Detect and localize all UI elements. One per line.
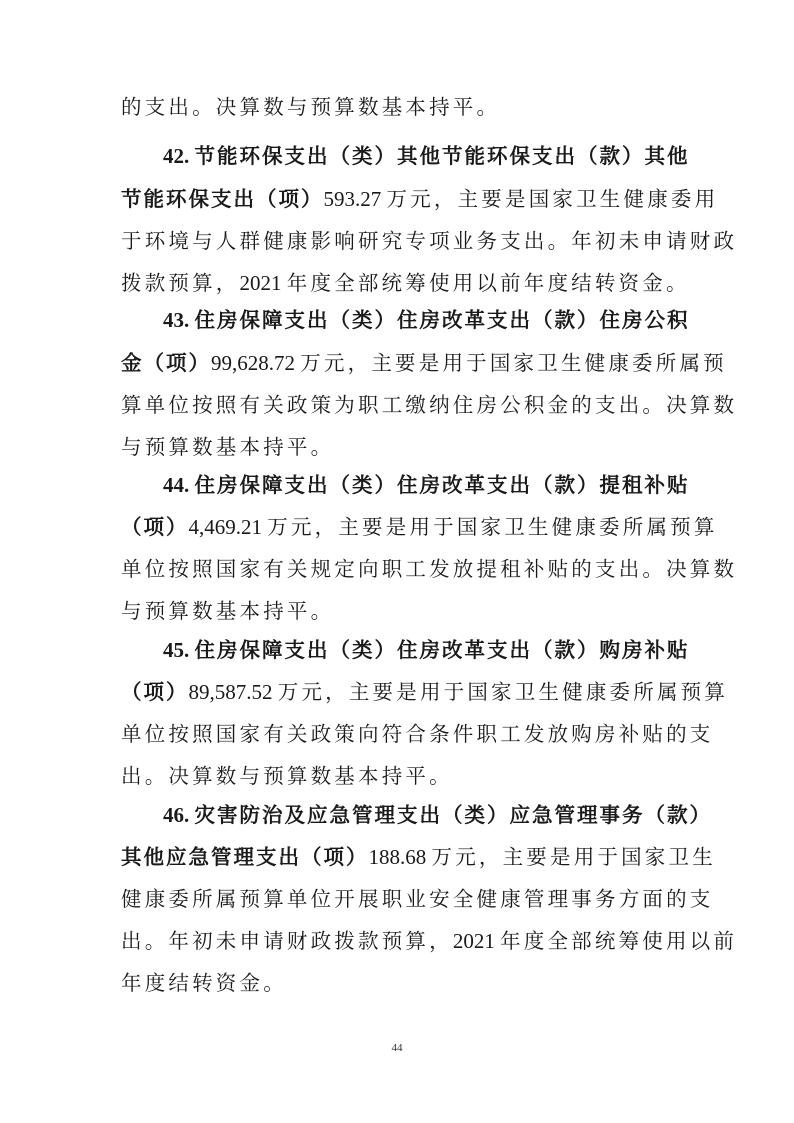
text-line: （项）4,469.21 万元，主要是用于国家卫生健康委所属预算 [121,512,673,542]
body-text-span: 出。决算数与预算数基本持平。 [121,764,453,788]
body-text-span: 单位按照国家有关政策向符合条件职工发放购房补贴的支 [121,722,714,746]
numeric-value: 99,628.72 [211,351,300,375]
item-number: 44. [163,473,195,497]
document-page: 的支出。决算数与预算数基本持平。42. 节能环保支出（类）其他节能环保支出（款）… [0,0,794,1123]
numeric-value: 593.27 [324,187,387,211]
text-line: 的支出。决算数与预算数基本持平。 [121,92,673,122]
text-line: 年度结转资金。 [121,968,673,998]
body-text-span: 与预算数基本持平。 [121,435,334,459]
body-text-span: 万元，主要是用于国家卫生健康委所属预算 [267,515,717,539]
text-line: 算单位按照有关政策为职工缴纳住房公积金的支出。决算数 [121,390,673,420]
body-text-span: 万元，主要是国家卫生健康委用 [387,187,719,211]
text-line: 出。年初未申请财政拨款预算，2021 年度全部统筹使用以前 [121,926,673,956]
text-line: 节能环保支出（项）593.27 万元，主要是国家卫生健康委用 [121,184,673,214]
text-line: 健康委所属预算单位开展职业安全健康管理事务方面的支 [121,884,673,914]
body-text-span: 年度结转资金。 [121,971,287,995]
numeric-value: 89,587.52 [189,680,278,704]
item-number: 46. [163,803,195,827]
text-line: （项）89,587.52 万元，主要是用于国家卫生健康委所属预算 [121,677,673,707]
body-text-span: 与预算数基本持平。 [121,599,334,623]
item-heading-line: 43. 住房保障支出（类）住房改革支出（款）住房公积 [163,305,673,335]
item-number: 43. [163,308,195,332]
text-line: 单位按照国家有关规定向职工发放提租补贴的支出。决算数 [121,554,673,584]
text-line: 出。决算数与预算数基本持平。 [121,761,673,791]
item-title-text: （项） [121,680,189,704]
item-heading-line: 45. 住房保障支出（类）住房改革支出（款）购房补贴 [163,635,673,665]
body-text-span: 的支出。决算数与预算数基本持平。 [121,95,500,119]
item-title-text: 节能环保支出（项） [121,187,324,211]
item-title-text: 节能环保支出（类）其他节能环保支出（款）其他 [195,144,690,168]
text-line: 于环境与人群健康影响研究专项业务支出。年初未申请财政 [121,226,673,256]
item-heading-line: 42. 节能环保支出（类）其他节能环保支出（款）其他 [163,141,673,171]
body-text-span: 万元，主要是用于国家卫生 [432,845,716,869]
body-text-span: 万元，主要是用于国家卫生健康委所属预算 [278,680,728,704]
text-line: 与预算数基本持平。 [121,596,673,626]
body-text-span: 健康委所属预算单位开展职业安全健康管理事务方面的支 [121,887,714,911]
body-text-span: 年度全部统筹使用以前 [500,929,737,953]
body-text-span: 年度全部统筹使用以前年度结转资金。 [287,271,690,295]
item-title-text: （项） [121,515,189,539]
item-title-text: 住房保障支出（类）住房改革支出（款）购房补贴 [195,638,690,662]
item-title-text: 住房保障支出（类）住房改革支出（款）住房公积 [195,308,690,332]
text-line: 与预算数基本持平。 [121,432,673,462]
item-heading-line: 46. 灾害防治及应急管理支出（类）应急管理事务（款） [163,800,673,830]
body-text-span: 拨款预算， [121,271,240,295]
text-line: 金（项）99,628.72 万元，主要是用于国家卫生健康委所属预 [121,348,673,378]
item-title-text: 金（项） [121,351,211,375]
numeric-value: 2021 [453,929,500,953]
body-text-span: 单位按照国家有关规定向职工发放提租补贴的支出。决算数 [121,557,737,581]
item-number: 45. [163,638,195,662]
body-text-span: 算单位按照有关政策为职工缴纳住房公积金的支出。决算数 [121,393,737,417]
body-text-span: 于环境与人群健康影响研究专项业务支出。年初未申请财政 [121,229,737,253]
body-text-span: 万元，主要是用于国家卫生健康委所属预 [300,351,727,375]
item-title-text: 住房保障支出（类）住房改革支出（款）提租补贴 [195,473,690,497]
numeric-value: 188.68 [369,845,432,869]
numeric-value: 2021 [240,271,287,295]
body-text-span: 出。年初未申请财政拨款预算， [121,929,453,953]
text-line: 单位按照国家有关政策向符合条件职工发放购房补贴的支 [121,719,673,749]
text-line: 拨款预算，2021 年度全部统筹使用以前年度结转资金。 [121,268,673,298]
page-number: 44 [0,1042,794,1054]
item-number: 42. [163,144,195,168]
item-title-text: 灾害防治及应急管理支出（类）应急管理事务（款） [195,803,713,827]
text-line: 其他应急管理支出（项）188.68 万元，主要是用于国家卫生 [121,842,673,872]
numeric-value: 4,469.21 [189,515,268,539]
item-title-text: 其他应急管理支出（项） [121,845,369,869]
item-heading-line: 44. 住房保障支出（类）住房改革支出（款）提租补贴 [163,470,673,500]
